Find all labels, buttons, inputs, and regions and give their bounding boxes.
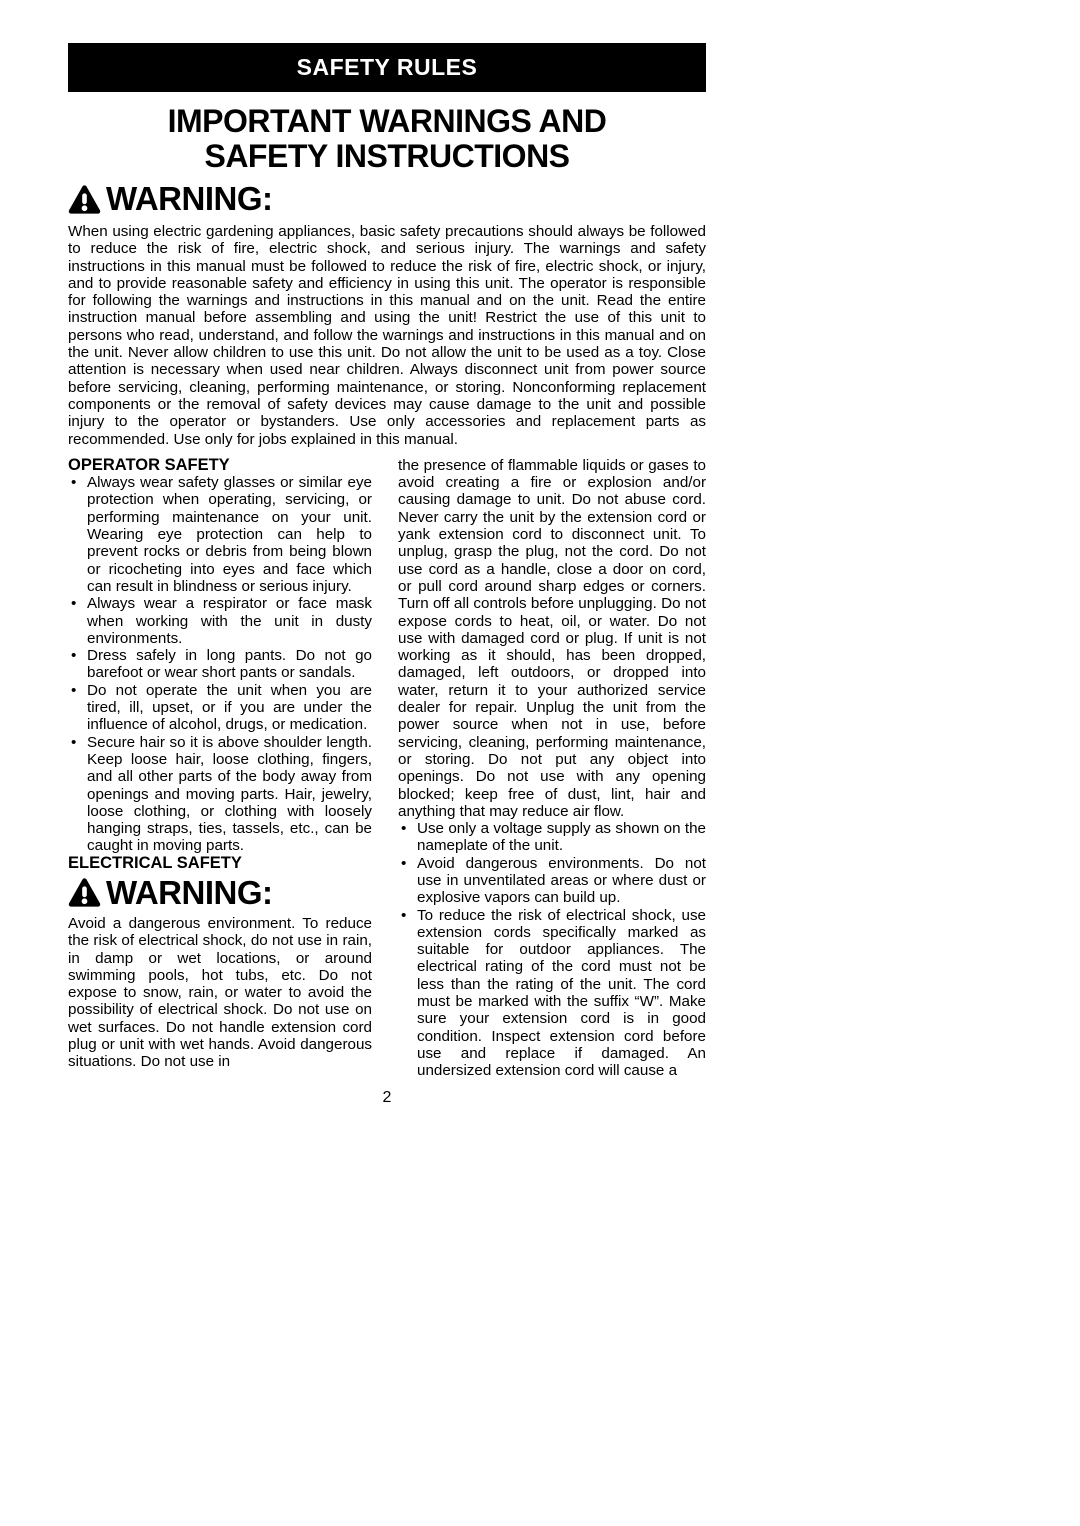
banner-title: SAFETY RULES [297, 54, 478, 81]
operator-safety-list: Always wear safety glasses or similar ey… [68, 474, 372, 855]
warning-label: WARNING: [106, 180, 272, 218]
electrical-bullet-2: Avoid dangerous environments. Do not use… [398, 855, 706, 907]
document-page: SAFETY RULES IMPORTANT WARNINGS ANDSAFET… [68, 43, 706, 1107]
electrical-safety-paragraph: Avoid a dangerous environment. To reduce… [68, 915, 372, 1071]
electrical-bullet-1: Use only a voltage supply as shown on th… [398, 820, 706, 855]
warning-heading-electrical: WARNING: [68, 874, 372, 912]
operator-bullet-1: Always wear safety glasses or similar ey… [68, 474, 372, 595]
electrical-safety-heading: ELECTRICAL SAFETY [68, 855, 372, 872]
two-column-layout: OPERATOR SAFETY Always wear safety glass… [68, 457, 706, 1080]
warning-label: WARNING: [106, 874, 272, 912]
right-column: the presence of flammable liquids or gas… [398, 457, 706, 1080]
operator-bullet-4: Do not operate the unit when you are tir… [68, 682, 372, 734]
electrical-bullet-3: To reduce the risk of electrical shock, … [398, 907, 706, 1080]
warning-triangle-icon [68, 877, 101, 908]
page-number: 2 [68, 1089, 706, 1107]
operator-safety-heading: OPERATOR SAFETY [68, 457, 372, 474]
left-column: OPERATOR SAFETY Always wear safety glass… [68, 457, 372, 1080]
warning-triangle-icon [68, 184, 101, 215]
section-banner: SAFETY RULES [68, 43, 706, 92]
continuation-paragraph: the presence of flammable liquids or gas… [398, 457, 706, 820]
warning-heading-main: WARNING: [68, 180, 706, 218]
operator-bullet-3: Dress safely in long pants. Do not go ba… [68, 647, 372, 682]
operator-bullet-5: Secure hair so it is above shoulder leng… [68, 734, 372, 855]
electrical-safety-list: Use only a voltage supply as shown on th… [398, 820, 706, 1079]
operator-bullet-2: Always wear a respirator or face mask wh… [68, 595, 372, 647]
page-title-line2: SAFETY INSTRUCTIONS [204, 138, 569, 174]
page-title-line1: IMPORTANT WARNINGS AND [168, 103, 607, 139]
intro-paragraph: When using electric gardening appliances… [68, 223, 706, 448]
page-title: IMPORTANT WARNINGS ANDSAFETY INSTRUCTION… [68, 104, 706, 174]
